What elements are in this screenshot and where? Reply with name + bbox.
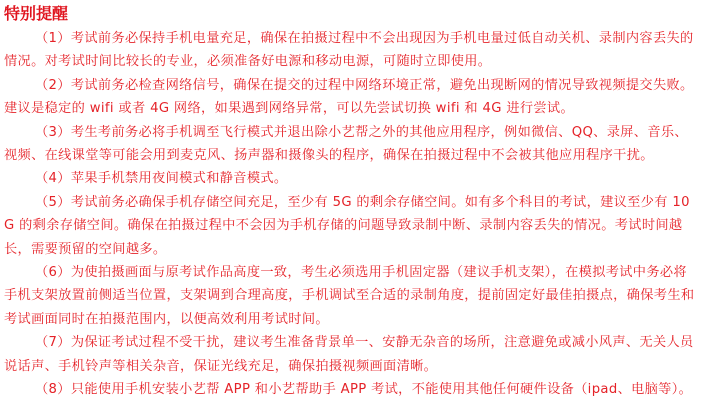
- paragraph-3: （3）考生考前务必将手机调至飞行模式并退出除小艺帮之外的其他应用程序，例如微信、…: [4, 121, 700, 168]
- paragraph-5: （5）考试前务必确保手机存储空间充足，至少有 5G 的剩余存储空间。如有多个科目…: [4, 191, 700, 261]
- document: 特别提醒 （1）考试前务必保持手机电量充足，确保在拍摄过程中不会出现因为手机电量…: [0, 0, 704, 402]
- paragraph-4: （4）苹果手机禁用夜间模式和静音模式。: [4, 167, 700, 190]
- paragraph-6: （6）为使拍摄画面与原考试作品高度一致，考生必须选用手机固定器（建议手机支架），…: [4, 261, 700, 331]
- paragraph-7: （7）为保证考试过程不受干扰，建议考生准备背景单一、安静无杂音的场所，注意避免或…: [4, 331, 700, 378]
- paragraph-2: （2）考试前务必检查网络信号，确保在提交的过程中网络环境正常，避免出现断网的情况…: [4, 74, 700, 121]
- paragraph-1: （1）考试前务必保持手机电量充足，确保在拍摄过程中不会出现因为手机电量过低自动关…: [4, 27, 700, 74]
- section-title: 特别提醒: [4, 2, 700, 26]
- paragraph-8: （8）只能使用手机安装小艺帮 APP 和小艺帮助手 APP 考试，不能使用其他任…: [4, 378, 700, 401]
